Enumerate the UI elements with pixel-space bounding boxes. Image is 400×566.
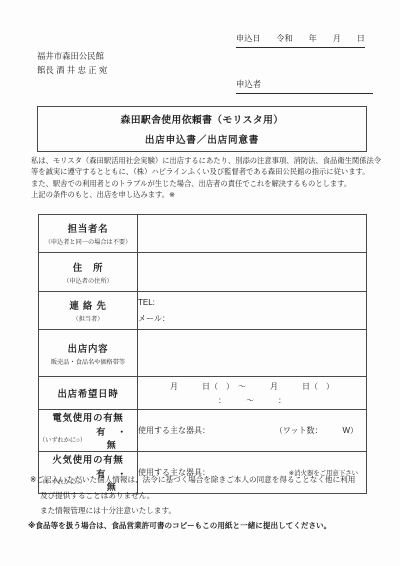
tel-label: TEL: bbox=[138, 298, 366, 307]
day-label: 日 bbox=[357, 33, 365, 44]
contact-person-sublabel: （申込者と同一の場合は不要） bbox=[39, 237, 137, 246]
contact-person-label: 担当者名 bbox=[39, 221, 137, 235]
electricity-value-line: 使用する主な器具： （ワット数： W） bbox=[138, 425, 366, 436]
addressee-organization: 福井市森田公民館 bbox=[37, 50, 107, 64]
electricity-yes-no-choice[interactable]: 有 ・ 無 bbox=[87, 425, 137, 451]
address-sublabel: （申込者の住所） bbox=[39, 276, 137, 285]
food-permit-note: ※食品等を扱う場合は、食品営業許可書のコピーもこの用紙と一緒に提出してください。 bbox=[28, 520, 331, 531]
agreement-line-2: 等を誠実に遵守するとともに、（株）ハピラインふくい及び監督者である森田公民館の指… bbox=[31, 166, 383, 177]
application-date-label: 申込日 bbox=[236, 33, 261, 44]
store-content-input-cell[interactable] bbox=[138, 330, 367, 377]
row-contact-info: 連 絡 先 （担当者） TEL: メール： bbox=[39, 292, 367, 330]
desired-datetime-label-cell: 出店希望日時 bbox=[39, 377, 138, 410]
fire-label-cell: 火気使用の有無 （いずれかに○） 有 ・ 無 bbox=[39, 452, 138, 494]
row-fire: 火気使用の有無 （いずれかに○） 有 ・ 無 使用する主な器具： ※消火器をご用… bbox=[39, 452, 367, 494]
electricity-equipment-label: 使用する主な器具： bbox=[138, 425, 210, 436]
form-subtitle: 出店申込書／出店同意書 bbox=[38, 132, 366, 146]
desired-datetime-input-cell[interactable]: 月 日（ ） ～ 月 日（ ） ： ～ ： bbox=[138, 377, 367, 410]
store-content-label: 出店内容 bbox=[39, 341, 137, 355]
address-label-cell: 住 所 （申込者の住所） bbox=[39, 253, 138, 292]
store-content-sublabel: 販売品・食品名や価格帯等 bbox=[39, 357, 137, 366]
agreement-line-1: 私は、モリスタ（森田駅活用社会実験）に出店するにあたり、別添の注意事項、消防法、… bbox=[31, 155, 383, 166]
desired-datetime-label: 出店希望日時 bbox=[39, 386, 137, 400]
era-label: 令和 bbox=[276, 33, 292, 44]
agreement-paragraph: 私は、モリスタ（森田駅活用社会実験）に出店するにあたり、別添の注意事項、消防法、… bbox=[31, 155, 383, 200]
desired-datetime-date-blank: 月 日（ ） ～ 月 日（ ） bbox=[138, 381, 366, 392]
fire-input-cell[interactable]: 使用する主な器具： ※消火器をご用意下さい bbox=[138, 452, 367, 494]
application-date-blank[interactable]: 申込日 令和 年 月 日 bbox=[236, 33, 365, 48]
electricity-label-cell: 電気使用の有無 （いずれかに○） 有 ・ 無 bbox=[39, 410, 138, 452]
row-contact-person: 担当者名 （申込者と同一の場合は不要） bbox=[39, 215, 367, 253]
address-input-cell[interactable] bbox=[138, 253, 367, 292]
form-title-box: 森田駅舎使用依頼書（モリスタ用） 出店申込書／出店同意書 bbox=[37, 106, 367, 152]
electricity-choice-line: （いずれかに○） 有 ・ 無 bbox=[39, 425, 137, 451]
privacy-note-line-1: ※ご記入いただいた個人情報は、法令に基づく場合を除きご本人の同意を得ることなく他… bbox=[30, 474, 355, 485]
contact-info-label: 連 絡 先 bbox=[39, 298, 137, 312]
privacy-note-line-3: また情報管理には十分注意いたします。 bbox=[40, 505, 176, 516]
electricity-input-cell[interactable]: 使用する主な器具： （ワット数： W） bbox=[138, 410, 367, 452]
agreement-line-3: また、駅舎での利用者とのトラブルが生じた場合、出店者の責任でこれを解決するものと… bbox=[31, 178, 383, 189]
applicant-name-blank[interactable]: 申込者 bbox=[236, 78, 373, 94]
fire-label: 火気使用の有無 bbox=[39, 452, 137, 466]
year-label: 年 bbox=[309, 33, 317, 44]
contact-info-input-cell[interactable]: TEL: メール： bbox=[138, 292, 367, 330]
application-form-page: 申込日 令和 年 月 日 福井市森田公民館 館長 酒 井 忠 正 宛 申込者 森… bbox=[0, 0, 400, 566]
contact-person-input-cell[interactable] bbox=[138, 215, 367, 253]
applicant-label: 申込者 bbox=[236, 79, 261, 89]
store-content-label-cell: 出店内容 販売品・食品名や価格帯等 bbox=[39, 330, 138, 377]
mail-label: メール： bbox=[138, 313, 366, 324]
contact-info-lines: TEL: メール： bbox=[138, 298, 366, 324]
electricity-label: 電気使用の有無 bbox=[39, 410, 137, 424]
application-form-table: 担当者名 （申込者と同一の場合は不要） 住 所 （申込者の住所） 連 絡 先 （… bbox=[38, 214, 367, 494]
contact-info-label-cell: 連 絡 先 （担当者） bbox=[39, 292, 138, 330]
row-desired-datetime: 出店希望日時 月 日（ ） ～ 月 日（ ） ： ～ ： bbox=[39, 377, 367, 410]
contact-person-label-cell: 担当者名 （申込者と同一の場合は不要） bbox=[39, 215, 138, 253]
month-label: 月 bbox=[333, 33, 341, 44]
form-title: 森田駅舎使用依頼書（モリスタ用） bbox=[38, 112, 366, 126]
privacy-note-line-2: 及び提供することはありません。 bbox=[40, 490, 154, 501]
electricity-watt-label: （ワット数： W） bbox=[275, 425, 358, 436]
row-store-content: 出店内容 販売品・食品名や価格帯等 bbox=[39, 330, 367, 377]
electricity-circle-hint: （いずれかに○） bbox=[39, 435, 84, 444]
desired-datetime-time-blank: ： ～ ： bbox=[138, 395, 366, 406]
agreement-line-4: 上記の条件のもと、出店を申し込みます。※ bbox=[31, 189, 383, 200]
row-electricity: 電気使用の有無 （いずれかに○） 有 ・ 無 使用する主な器具： （ワット数： … bbox=[39, 410, 367, 452]
addressee-block: 福井市森田公民館 館長 酒 井 忠 正 宛 bbox=[37, 50, 107, 77]
address-label: 住 所 bbox=[39, 260, 137, 274]
contact-info-sublabel: （担当者） bbox=[39, 314, 137, 323]
addressee-person: 館長 酒 井 忠 正 宛 bbox=[37, 64, 107, 78]
row-address: 住 所 （申込者の住所） bbox=[39, 253, 367, 292]
